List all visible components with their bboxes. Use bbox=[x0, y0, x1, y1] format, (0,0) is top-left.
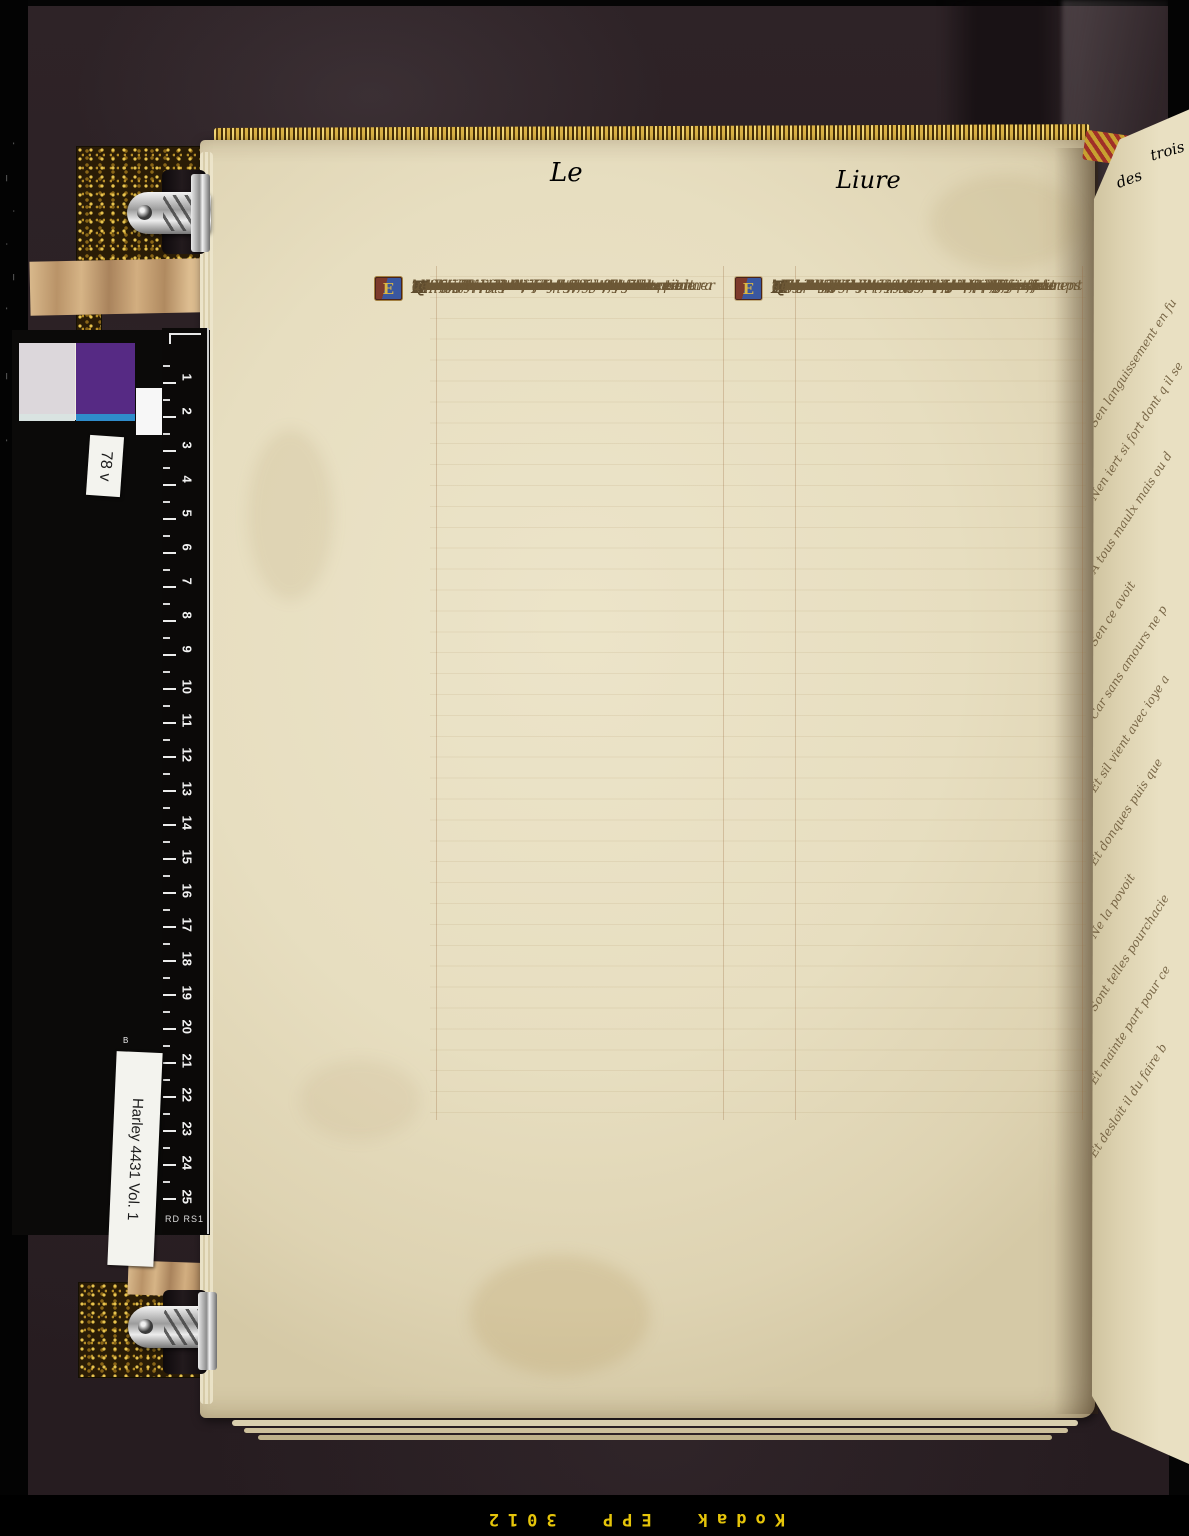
ruler-tick bbox=[163, 858, 176, 860]
ruling-line-vertical bbox=[1082, 266, 1083, 1120]
illuminated-initial: E bbox=[735, 277, 762, 300]
ruler-tick-minor bbox=[163, 671, 170, 673]
ruler-tick bbox=[163, 994, 176, 996]
ruler-tick bbox=[163, 1096, 176, 1098]
ruler-number: 22 bbox=[180, 1088, 195, 1104]
page-stack-edge bbox=[244, 1428, 1068, 1433]
shelfmark-sticker: Harley 4431 Vol. 1 bbox=[107, 1051, 162, 1267]
ruler-tick bbox=[163, 926, 176, 928]
ruler-number: 11 bbox=[180, 714, 195, 730]
ruler-tick bbox=[163, 382, 176, 384]
ruler: 1234567891011121314151617181920212223242… bbox=[162, 328, 209, 1234]
ruler-number: 24 bbox=[180, 1156, 195, 1172]
recto-page: des trois Sen languissement en fuNen ier… bbox=[1090, 104, 1189, 1464]
ruler-tick-minor bbox=[163, 1011, 170, 1013]
film-edge-mark: ' bbox=[5, 307, 9, 314]
ruler-tick-minor bbox=[163, 1113, 170, 1115]
ruler-number: 8 bbox=[180, 612, 195, 628]
color-patch bbox=[76, 343, 135, 414]
ruler-tick-minor bbox=[163, 875, 170, 877]
ruler-tick bbox=[163, 1062, 176, 1064]
ruler-tick bbox=[163, 552, 176, 554]
clip-bar-top bbox=[191, 174, 210, 252]
ruler-number: 19 bbox=[180, 986, 195, 1002]
ruler-tick bbox=[163, 1028, 176, 1030]
ruling-line-vertical bbox=[795, 266, 796, 1120]
film-edge-mark: ' bbox=[12, 142, 16, 149]
parchment-stain bbox=[930, 175, 1080, 270]
film-edge-mark: | bbox=[12, 274, 16, 281]
film-edge-bottom: Kodak EPP 3012 bbox=[0, 1495, 1189, 1536]
folio-sticker: 78 v bbox=[86, 435, 124, 497]
ruler-tick bbox=[163, 960, 176, 962]
ruler-number: 18 bbox=[180, 952, 195, 968]
ruler-number: 23 bbox=[180, 1122, 195, 1138]
ruler-number: 7 bbox=[180, 578, 195, 594]
ruler-number: 12 bbox=[180, 748, 195, 764]
ruler-number: 6 bbox=[180, 544, 195, 560]
verse-text: e veoir plus bbox=[772, 278, 854, 294]
recto-text-fragment: Sen languissement en fu bbox=[1090, 221, 1189, 430]
ruler-tick bbox=[163, 450, 176, 452]
ruler-tick-minor bbox=[163, 467, 170, 469]
ruler-tick-minor bbox=[163, 637, 170, 639]
wooden-support-top bbox=[29, 258, 202, 316]
verse-text: ue moy laissier bbox=[412, 278, 518, 294]
ruler-tick-minor bbox=[163, 399, 170, 401]
ruler-number: 10 bbox=[180, 680, 195, 696]
shelfmark-text: Harley 4431 Vol. 1 bbox=[124, 1097, 146, 1220]
clip-bar-bottom bbox=[198, 1292, 217, 1370]
ruler-number: 3 bbox=[180, 442, 195, 458]
ruler-tick bbox=[163, 824, 176, 826]
ruler-tick bbox=[163, 1164, 176, 1166]
page-stack-edge bbox=[258, 1435, 1052, 1440]
illuminated-initial: E bbox=[375, 277, 402, 300]
ruler-tick bbox=[163, 654, 176, 656]
ruler-footer: RD RS1 bbox=[165, 1214, 204, 1224]
parchment-stain bbox=[470, 1255, 650, 1375]
ruler-tick-minor bbox=[163, 365, 170, 367]
ruler-tick bbox=[163, 416, 176, 418]
ruler-number: 4 bbox=[180, 476, 195, 492]
chart-b-mark: B bbox=[123, 1036, 128, 1045]
ruler-number: 25 bbox=[180, 1190, 195, 1206]
parchment-stain bbox=[300, 1060, 420, 1140]
ruler-tick bbox=[163, 484, 176, 486]
ruler-tick bbox=[163, 790, 176, 792]
ruler-number: 20 bbox=[180, 1020, 195, 1036]
ruler-tick-minor bbox=[163, 739, 170, 741]
film-edge-mark: · bbox=[12, 208, 16, 215]
ruler-tick-minor bbox=[163, 943, 170, 945]
ruler-tick bbox=[163, 688, 176, 690]
folio-number: 78 v bbox=[95, 450, 115, 481]
manuscript-photograph: '|··|'·|·' Kodak EPP 3012 Le Liure Etoub… bbox=[0, 0, 1189, 1536]
ruler-number: 21 bbox=[180, 1054, 195, 1070]
ruler-tick bbox=[163, 892, 176, 894]
ruler-tick bbox=[163, 518, 176, 520]
ruler-tick bbox=[163, 756, 176, 758]
film-edge-mark: ' bbox=[5, 439, 9, 446]
ruler-tick-minor bbox=[163, 841, 170, 843]
ruler-tick bbox=[163, 620, 176, 622]
ruling-line-vertical bbox=[436, 266, 437, 1120]
ruler-tick-minor bbox=[163, 433, 170, 435]
ruler-number: 5 bbox=[180, 510, 195, 526]
gray-step bbox=[136, 388, 162, 435]
film-brand-text: Kodak EPP 3012 bbox=[285, 1501, 785, 1529]
page-stack-edge bbox=[232, 1420, 1078, 1426]
ruler-tick-minor bbox=[163, 569, 170, 571]
ruler-number: 1 bbox=[180, 374, 195, 390]
film-edge-mark: | bbox=[5, 175, 9, 182]
ruling-lines bbox=[430, 276, 1086, 1118]
ruler-number: 9 bbox=[180, 646, 195, 662]
running-header-right: Liure bbox=[836, 166, 901, 194]
ruling-line-vertical bbox=[723, 266, 724, 1120]
ruler-number: 13 bbox=[180, 782, 195, 798]
ruler-scale: 1234567891011121314151617181920212223242… bbox=[162, 328, 209, 1234]
ruler-number: 16 bbox=[180, 884, 195, 900]
ruler-number: 2 bbox=[180, 408, 195, 424]
ruler-tick-minor bbox=[163, 1079, 170, 1081]
ruler-tick bbox=[163, 1130, 176, 1132]
ruler-tick-minor bbox=[163, 603, 170, 605]
ruler-number: 17 bbox=[180, 918, 195, 934]
ruler-number: 14 bbox=[180, 816, 195, 832]
film-edge-mark: | bbox=[5, 373, 9, 380]
ruler-number: 15 bbox=[180, 850, 195, 866]
ruler-tick bbox=[163, 1198, 176, 1200]
ruler-tick bbox=[163, 586, 176, 588]
ruler-tick-minor bbox=[163, 501, 170, 503]
film-edge-mark: · bbox=[5, 241, 9, 248]
ruler-tick-minor bbox=[163, 1045, 170, 1047]
parchment-stain bbox=[248, 430, 333, 600]
ruler-tick bbox=[163, 722, 176, 724]
ruler-tick-minor bbox=[163, 1181, 170, 1183]
ruler-tick-minor bbox=[163, 773, 170, 775]
ruler-tick-minor bbox=[163, 705, 170, 707]
ruler-tick-minor bbox=[163, 807, 170, 809]
color-chart-row bbox=[19, 342, 135, 415]
ruler-tick-minor bbox=[163, 1147, 170, 1149]
running-header-left: Le bbox=[550, 158, 583, 188]
ruler-tick-minor bbox=[163, 535, 170, 537]
color-patch bbox=[19, 343, 75, 414]
ruler-tick-minor bbox=[163, 909, 170, 911]
ruler-tick-minor bbox=[163, 977, 170, 979]
